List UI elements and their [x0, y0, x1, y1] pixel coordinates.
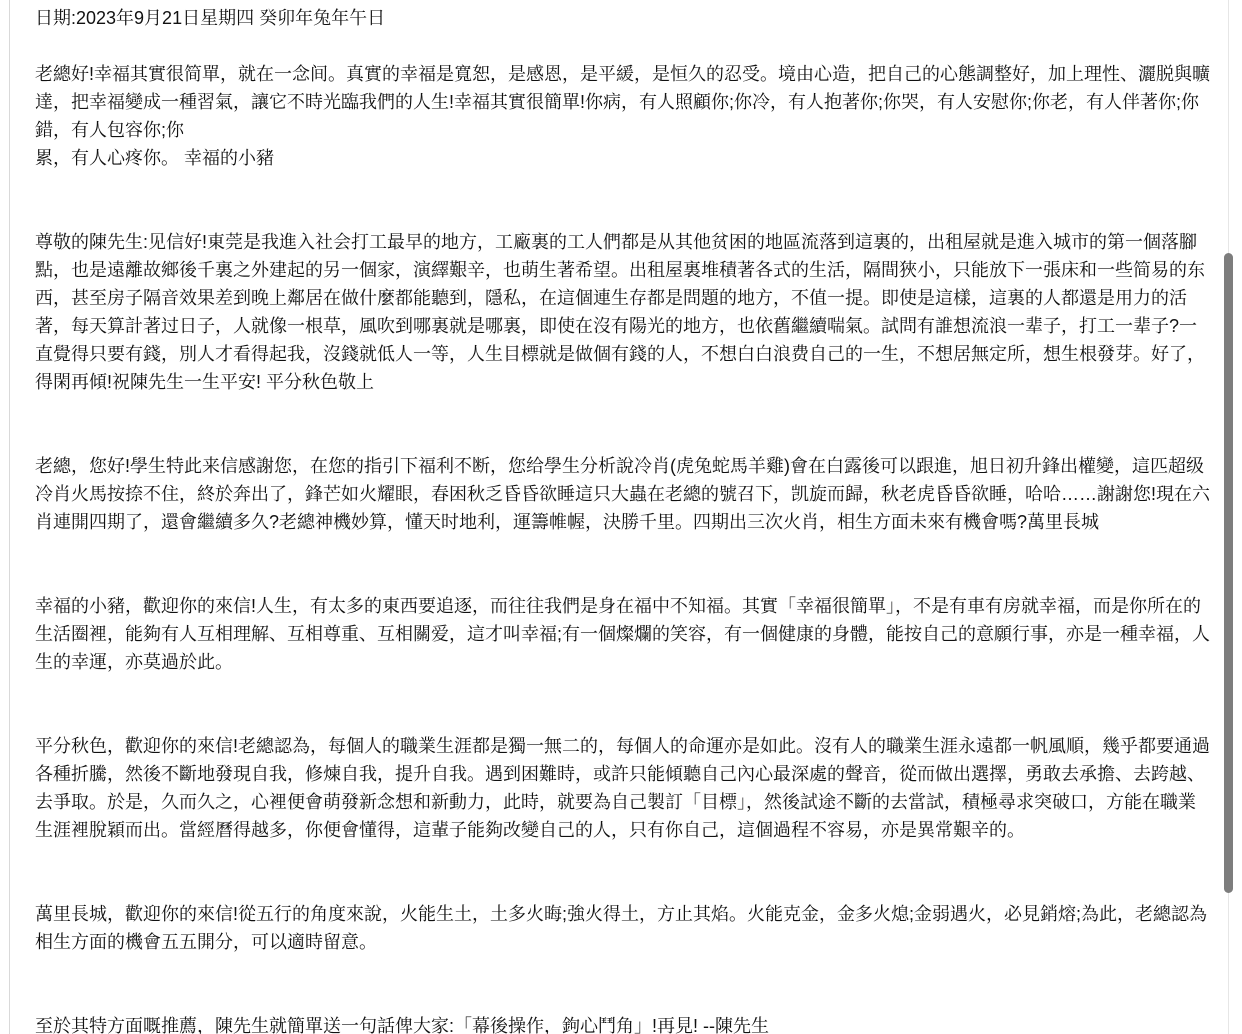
content-left-border: [9, 0, 10, 1034]
paragraph-closing-remark: 至於其特方面嘅推薦，陳先生就簡單送一句話俾大家:「幕後操作，鉤心鬥角」!再見! …: [35, 1012, 1212, 1034]
document-body: 日期:2023年9月21日星期四 癸卯年兔年午日 老總好!幸福其實很简單，就在一…: [35, 4, 1212, 1034]
date-line: 日期:2023年9月21日星期四 癸卯年兔年午日: [35, 4, 1212, 32]
paragraph-wanli-changcheng-letter: 老總，您好!學生特此来信感謝您，在您的指引下福利不断，您给學生分析說冷肖(虎兔蛇…: [35, 452, 1212, 536]
paragraph-reply-to-pingfen-qiuse: 平分秋色，歡迎你的來信!老總認為，每個人的職業生涯都是獨一無二的，每個人的命運亦…: [35, 732, 1212, 844]
paragraph-pingfen-qiuse-letter: 尊敬的陳先生:见信好!東莞是我進入社会打工最早的地方，工廠裏的工人們都是从其他贫…: [35, 228, 1212, 396]
paragraph-reply-to-wanli-changcheng: 萬里長城，歡迎你的來信!從五行的角度來說，火能生土，土多火晦;強火得土，方止其焰…: [35, 900, 1212, 956]
paragraph-reply-to-happy-pig: 幸福的小豬，歡迎你的來信!人生，有太多的東西要追逐，而往往我們是身在福中不知福。…: [35, 592, 1212, 676]
paragraph-happy-pig-letter: 老總好!幸福其實很简單，就在一念间。真實的幸福是寬恕，是感恩，是平緩，是恒久的忍…: [35, 60, 1212, 172]
scrollbar-thumb[interactable]: [1224, 253, 1233, 893]
